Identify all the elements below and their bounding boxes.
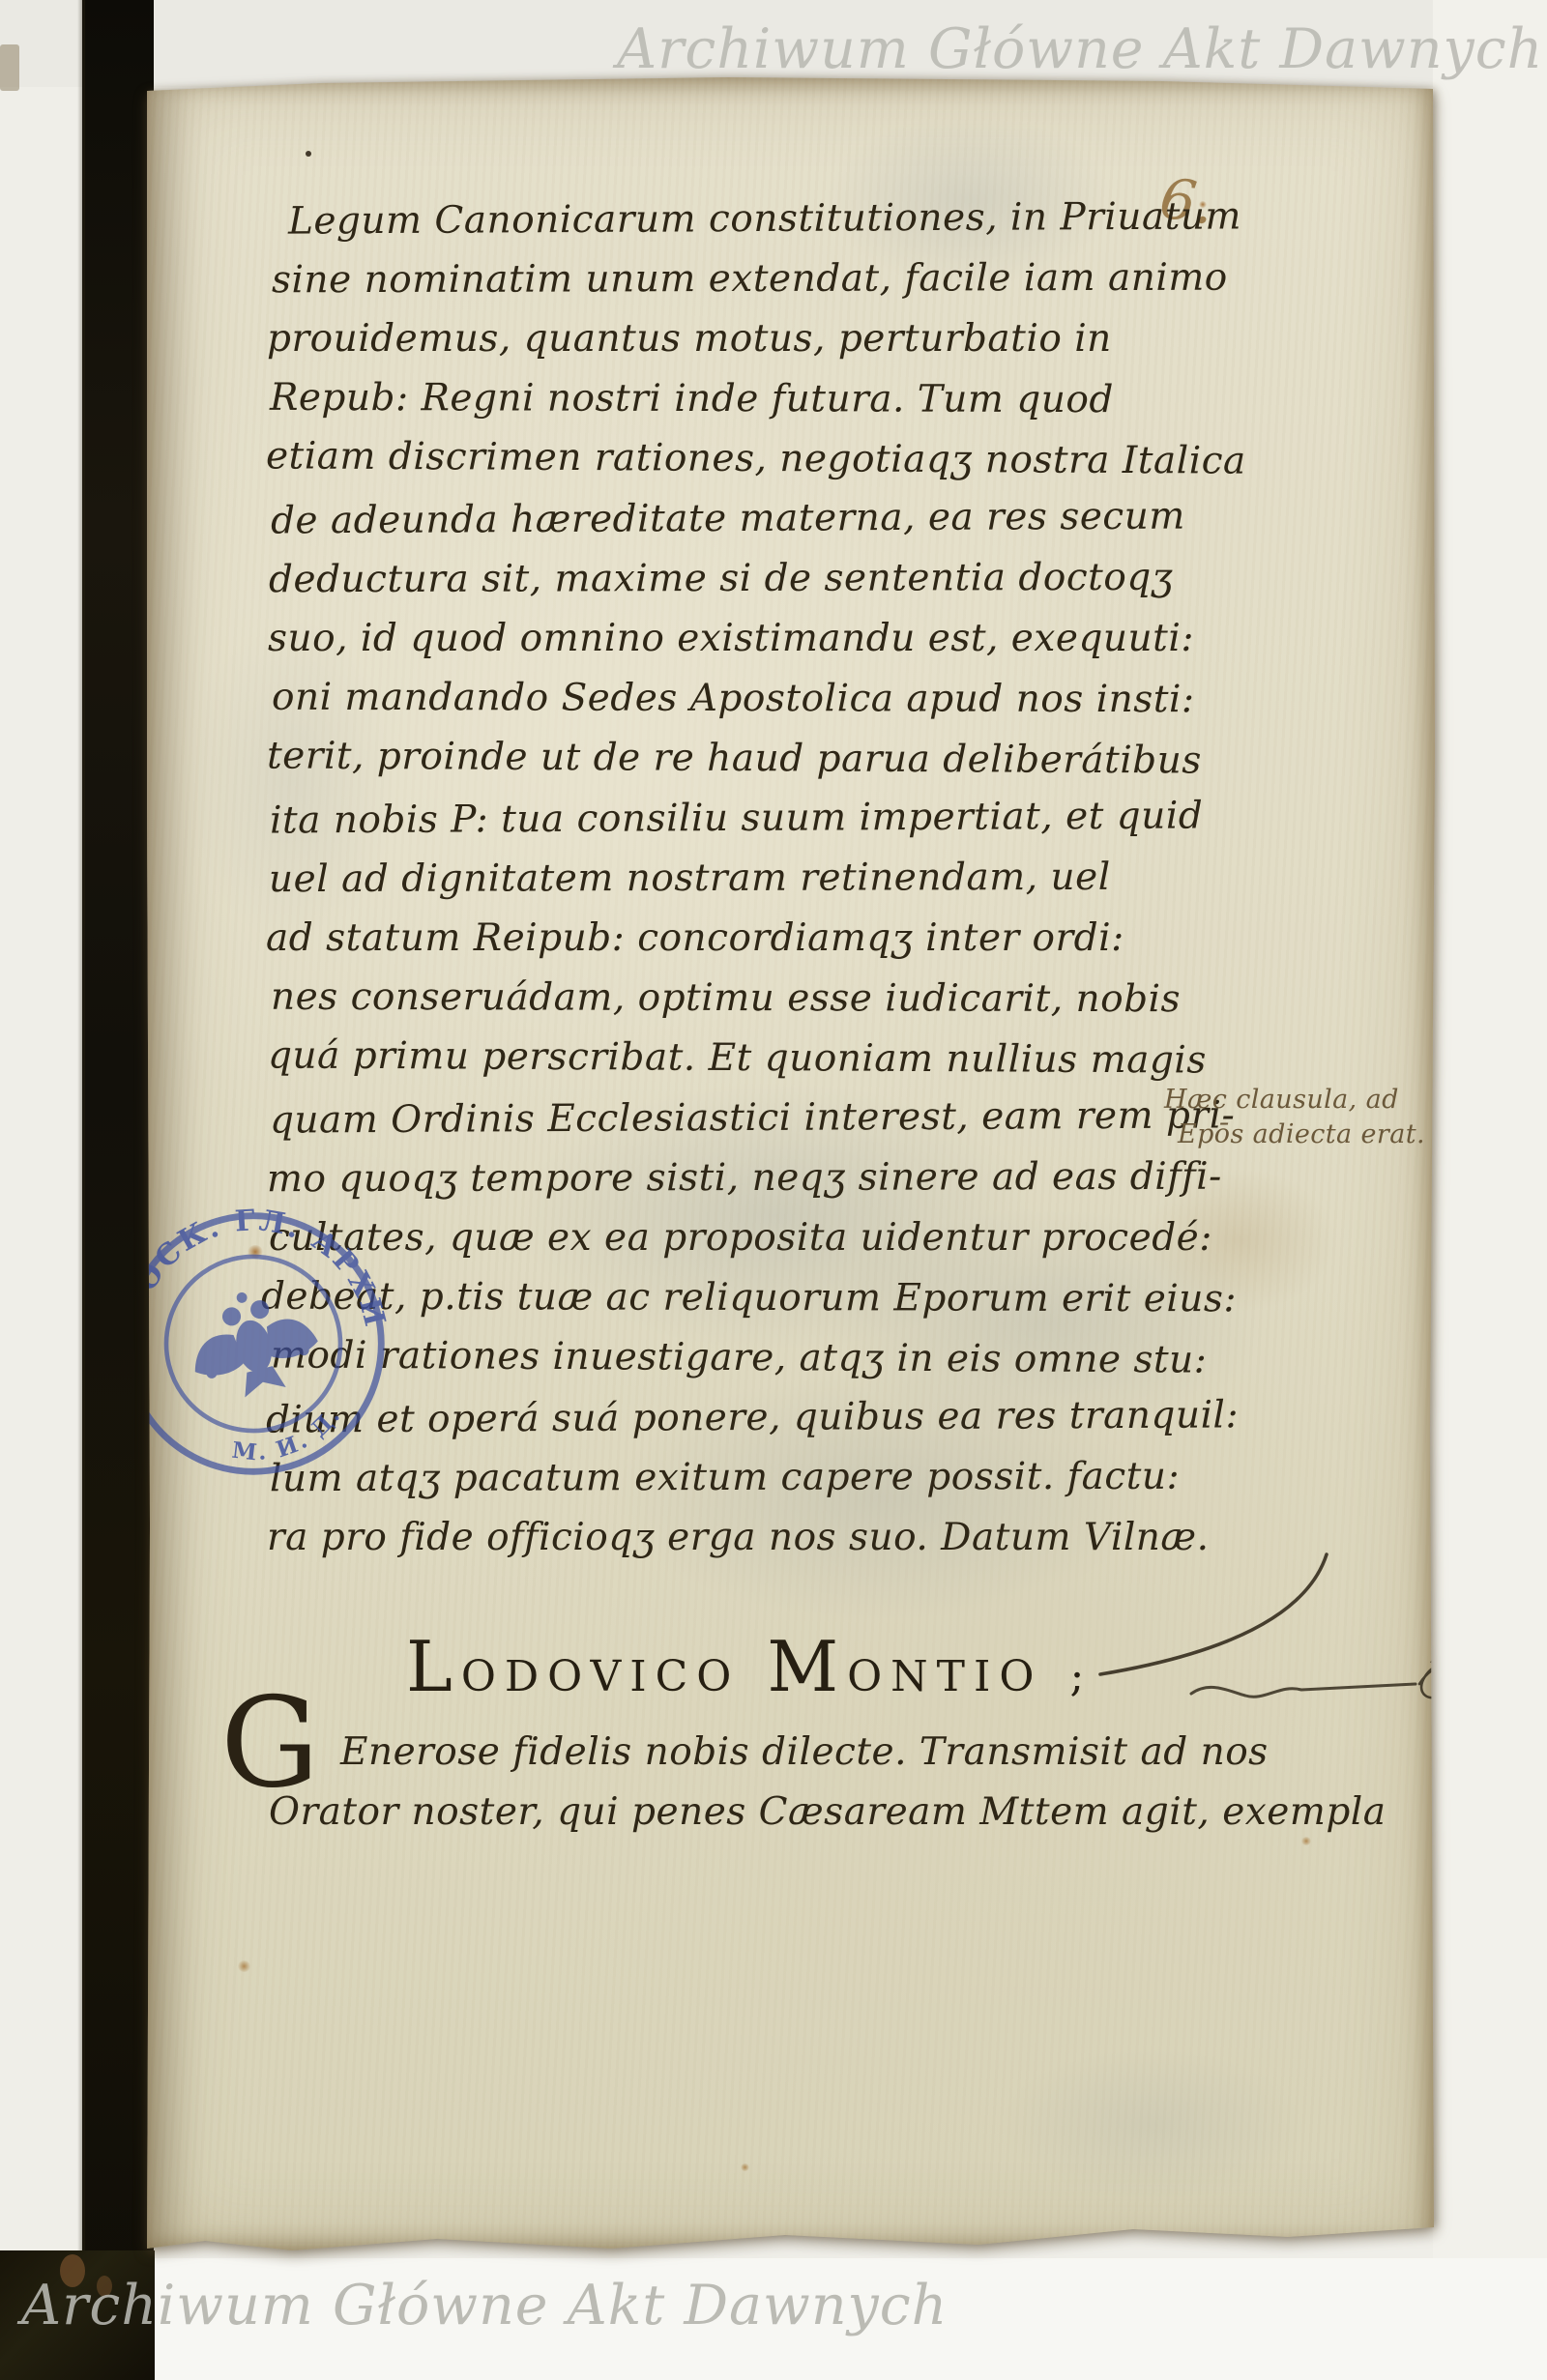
bleedthrough-smudge xyxy=(998,2047,1307,2202)
manuscript-line: suo, id quod omnino existimandu est, exe… xyxy=(268,617,1194,660)
manuscript-line: uel ad dignitatem nostram retinendam, ue… xyxy=(269,856,1111,901)
archive-watermark-bottom: Archiwum Główne Akt Dawnych xyxy=(21,2274,948,2337)
scan-background-right xyxy=(1433,0,1547,2380)
marginal-note-line: Epōs adiecta erat. xyxy=(1178,1119,1425,1149)
archive-watermark-top: Archiwum Główne Akt Dawnych xyxy=(617,17,1543,81)
manuscript-page-wrap: 6. Legum Canonicarum constitutiones, in … xyxy=(147,75,1435,2254)
manuscript-line: quá primu perscribat. Et quoniam nullius… xyxy=(268,1033,1207,1082)
opposite-page-sliver xyxy=(0,44,19,91)
pen-flourish xyxy=(948,1547,1489,1740)
manuscript-line: sine nominatim unum extendat, facile iam… xyxy=(272,256,1228,303)
manuscript-line: etiam discrimen rationes, negotiaqʒ nost… xyxy=(266,434,1246,482)
closing-line: Enerose fidelis nobis dilecte. Transmisi… xyxy=(340,1730,1269,1774)
heading-word: Lodovico xyxy=(406,1626,740,1707)
manuscript-line: oni mandando Sedes Apostolica apud nos i… xyxy=(272,676,1195,721)
manuscript-line: ita nobis P: tua consiliu suum impertiat… xyxy=(270,794,1203,842)
foxing-spot xyxy=(238,1960,250,1972)
manuscript-line: terit, proinde ut de re haud parua delib… xyxy=(267,734,1202,782)
marginal-note-line: Hæc clausula, ad xyxy=(1164,1085,1399,1115)
manuscript-line: modi rationes inuestigare, atqʒ in eis o… xyxy=(271,1333,1208,1381)
stamp-eagle-icon xyxy=(179,1277,327,1408)
archive-scan-viewport: 6. Legum Canonicarum constitutiones, in … xyxy=(0,0,1547,2380)
book-binding-shadow xyxy=(77,0,85,2380)
drop-cap-initial: G xyxy=(220,1692,319,1797)
manuscript-line: lum atqʒ pacatum exitum capere possit. f… xyxy=(270,1455,1180,1500)
closing-line: Orator noster, qui penes Cæsaream Mttem … xyxy=(269,1790,1386,1834)
manuscript-line: cultates, quæ ex ea proposita uidentur p… xyxy=(269,1216,1212,1260)
manuscript-page: 6. Legum Canonicarum constitutiones, in … xyxy=(147,75,1435,2254)
manuscript-line: debeat, p.tis tuæ ac reliquorum Eporum e… xyxy=(261,1275,1237,1321)
manuscript-line: Legum Canonicarum constitutiones, in Pri… xyxy=(288,194,1241,243)
manuscript-line: ad statum Reipub: concordiamqʒ inter ord… xyxy=(266,916,1124,960)
manuscript-line: mo quoqʒ tempore sisti, neqʒ sinere ad e… xyxy=(267,1155,1222,1202)
ink-dot xyxy=(306,151,311,157)
manuscript-line: prouidemus, quantus motus, perturbatio i… xyxy=(267,317,1112,361)
book-binding-strip xyxy=(82,0,154,2380)
manuscript-line: nes conseruádam, optimu esse iudicarit, … xyxy=(271,975,1181,1021)
manuscript-line: deductura sit, maxime si de sententia do… xyxy=(269,556,1173,601)
foxing-spot xyxy=(1301,1837,1311,1845)
foxing-spot xyxy=(741,2163,749,2171)
manuscript-line: de adeunda hæreditate materna, ea res se… xyxy=(271,495,1185,543)
manuscript-line: Repub: Regni nostri inde futura. Tum quo… xyxy=(270,376,1114,421)
manuscript-line: quam Ordinis Ecclesiastici interest, eam… xyxy=(270,1093,1235,1142)
